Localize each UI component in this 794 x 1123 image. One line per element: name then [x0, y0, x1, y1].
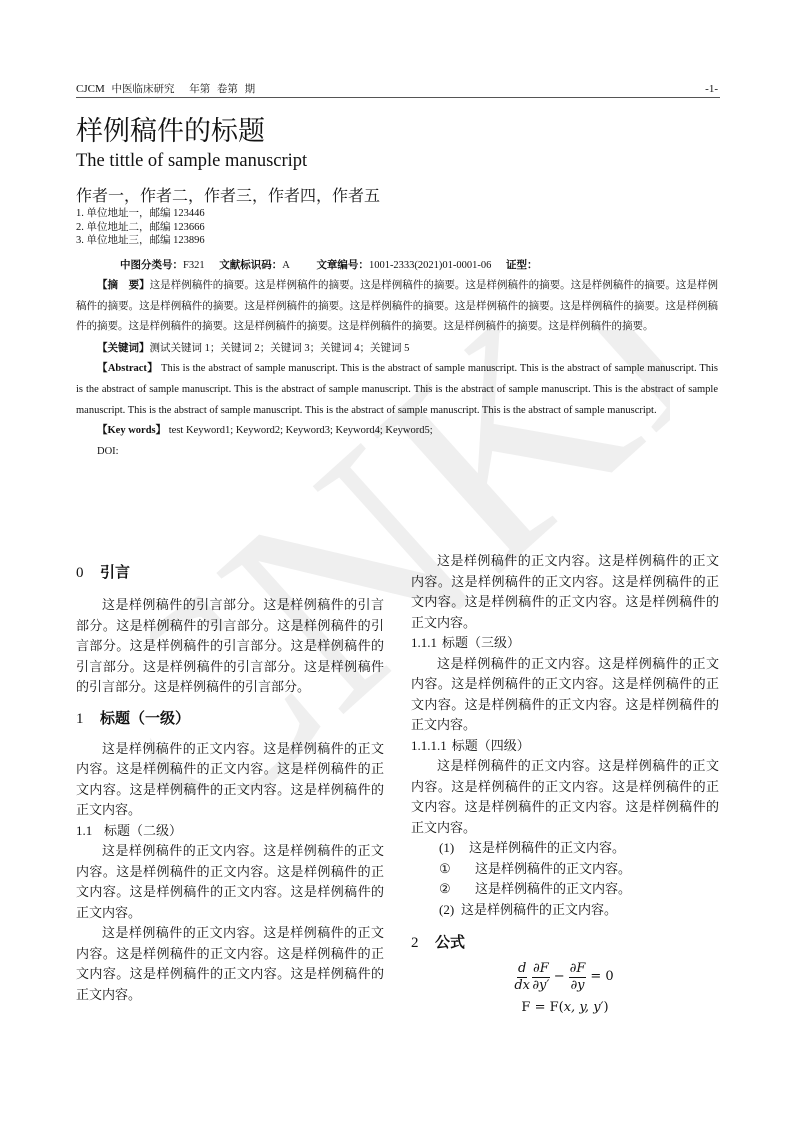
affiliation-3: 3. 单位地址三，邮编 123896 [76, 234, 205, 248]
title-cn: 样例稿件的标题 [76, 114, 265, 150]
abstract-cn-text: 这是样例稿件的摘要。这是样例稿件的摘要。这是样例稿件的摘要。这是样例稿件的摘要。… [76, 280, 718, 332]
section-heading-1-1: 1.1标题（二级） [76, 821, 384, 842]
equals-zero: = 0 [590, 969, 613, 984]
keywords-cn: 【关键词】测试关键词 1；关键词 2；关键词 3；关键词 4；关键词 5 [76, 338, 718, 360]
classification-line: 中图分类号：F321 文献标识码：A 文章编号：1001-2333(2021)0… [120, 258, 538, 273]
running-header: CJCM 中医临床研究 年第 卷第 期 -1- [76, 81, 720, 97]
list-marker: ② [439, 879, 475, 900]
section-number: 1 [76, 707, 100, 731]
section-title: 公式 [435, 933, 465, 951]
clc-value: F321 [183, 260, 205, 271]
body-paragraph: 这是样例稿件的正文内容。这是样例稿件的正文内容。这是样例稿件的正文内容。这是样例… [411, 756, 719, 838]
doi-line: DOI: [76, 442, 718, 463]
body-paragraph: 这是样例稿件的正文内容。这是样例稿件的正文内容。这是样例稿件的正文内容。这是样例… [76, 923, 384, 1005]
right-column: 这是样例稿件的正文内容。这是样例稿件的正文内容。这是样例稿件的正文内容。这是样例… [411, 551, 719, 1019]
abstract-en-label: 【Abstract】 [97, 363, 158, 374]
fraction-dF-dyprime: ∂F ∂y′ [532, 961, 550, 994]
list-marker: ① [439, 859, 475, 880]
section-number: 1.1 [76, 821, 104, 842]
keywords-cn-label: 【关键词】 [97, 342, 150, 354]
body-paragraph: 这是样例稿件的正文内容。这是样例稿件的正文内容。这是样例稿件的正文内容。这是样例… [76, 739, 384, 821]
list-marker: (1) [439, 838, 469, 859]
section-number: 1.1.1 [411, 635, 437, 650]
list-text: 这是样例稿件的正文内容。 [475, 881, 631, 896]
body-paragraph: 这是样例稿件的正文内容。这是样例稿件的正文内容。这是样例稿件的正文内容。这是样例… [411, 654, 719, 736]
affiliations: 1. 单位地址一，邮编 123446 2. 单位地址二，邮编 123666 3.… [76, 207, 205, 248]
keywords-cn-text: 测试关键词 1；关键词 2；关键词 3；关键词 4；关键词 5 [150, 343, 410, 354]
left-column: 0引言 这是样例稿件的引言部分。这是样例稿件的引言部分。这是样例稿件的引言部分。… [76, 560, 384, 1005]
section-heading-1-1-1-1: 1.1.1.1标题（四级） [411, 736, 719, 757]
list-item: ②这是样例稿件的正文内容。 [411, 879, 719, 900]
section-title: 标题（二级） [104, 823, 182, 838]
abstract-en: 【Abstract】 This is the abstract of sampl… [76, 359, 718, 421]
list-marker: (2) [439, 900, 461, 921]
list-text: 这是样例稿件的正文内容。 [469, 840, 625, 855]
abstract-cn: 【摘 要】这是样例稿件的摘要。这是样例稿件的摘要。这是样例稿件的摘要。这是样例稿… [76, 275, 718, 338]
title-en: The tittle of sample manuscript [76, 149, 307, 173]
abstract-en-text: This is the abstract of sample manuscrip… [76, 363, 718, 415]
section-number: 0 [76, 561, 100, 585]
abstract-cn-label: 【摘 要】 [97, 279, 150, 291]
keywords-en: 【Key words】 test Keyword1; Keyword2; Key… [76, 421, 718, 442]
intro-paragraph: 这是样例稿件的引言部分。这是样例稿件的引言部分。这是样例稿件的引言部分。这是样例… [76, 595, 384, 698]
issue-text: 年第 卷第 期 [189, 83, 255, 95]
keywords-en-label: 【Key words】 [97, 425, 166, 436]
section-heading-2: 2公式 [411, 930, 719, 955]
body-paragraph: 这是样例稿件的正文内容。这是样例稿件的正文内容。这是样例稿件的正文内容。这是样例… [76, 841, 384, 923]
list-item: (2)这是样例稿件的正文内容。 [411, 900, 719, 921]
section-number: 1.1.1.1 [411, 738, 447, 753]
fraction-dF-dy: ∂F ∂y [569, 961, 587, 994]
running-header-left: CJCM 中医临床研究 年第 卷第 期 [76, 81, 255, 97]
keywords-en-text: test Keyword1; Keyword2; Keyword3; Keywo… [169, 425, 433, 436]
affiliation-1: 1. 单位地址一，邮编 123446 [76, 207, 205, 221]
section-heading-1: 1标题（一级） [76, 706, 384, 731]
affiliation-2: 2. 单位地址二，邮编 123666 [76, 221, 205, 235]
page-number: -1- [705, 81, 718, 97]
list-item: (1)这是样例稿件的正文内容。 [411, 838, 719, 859]
section-title: 标题（三级） [442, 635, 520, 650]
section-title: 标题（一级） [100, 709, 190, 727]
doi-label: DOI: [97, 446, 119, 457]
section-title: 引言 [100, 563, 130, 581]
header-rule [76, 97, 720, 98]
article-number-label: 文章编号： [316, 259, 369, 271]
list-text: 这是样例稿件的正文内容。 [475, 861, 631, 876]
equation-euler-lagrange: d dx ∂F ∂y′ − ∂F ∂y = 0 [411, 961, 719, 994]
equation-F-definition: F = F(x, y, y′) [411, 998, 719, 1019]
section-heading-0: 0引言 [76, 560, 384, 585]
type-label: 证型： [506, 259, 538, 271]
author-list: 作者一，作者二，作者三，作者四，作者五 [76, 186, 380, 208]
minus-sign: − [554, 969, 565, 984]
paper-page: CJCM 中医临床研究 年第 卷第 期 -1- 样例稿件的标题 The titt… [0, 0, 794, 1123]
journal-abbr: CJCM [76, 83, 105, 95]
section-heading-1-1-1: 1.1.1标题（三级） [411, 633, 719, 654]
list-item: ①这是样例稿件的正文内容。 [411, 859, 719, 880]
list-text: 这是样例稿件的正文内容。 [461, 902, 617, 917]
fraction-d-dx: d dx [514, 961, 530, 994]
body-paragraph: 这是样例稿件的正文内容。这是样例稿件的正文内容。这是样例稿件的正文内容。这是样例… [411, 551, 719, 633]
doc-code-value: A [282, 260, 290, 271]
section-title: 标题（四级） [452, 738, 530, 753]
section-number: 2 [411, 931, 435, 955]
abstract-section: 【摘 要】这是样例稿件的摘要。这是样例稿件的摘要。这是样例稿件的摘要。这是样例稿… [76, 275, 718, 462]
journal-name: 中医临床研究 [112, 83, 175, 95]
doc-code-label: 文献标识码： [219, 259, 282, 271]
clc-label: 中图分类号： [120, 259, 183, 271]
article-number-value: 1001-2333(2021)01-0001-06 [369, 260, 491, 271]
